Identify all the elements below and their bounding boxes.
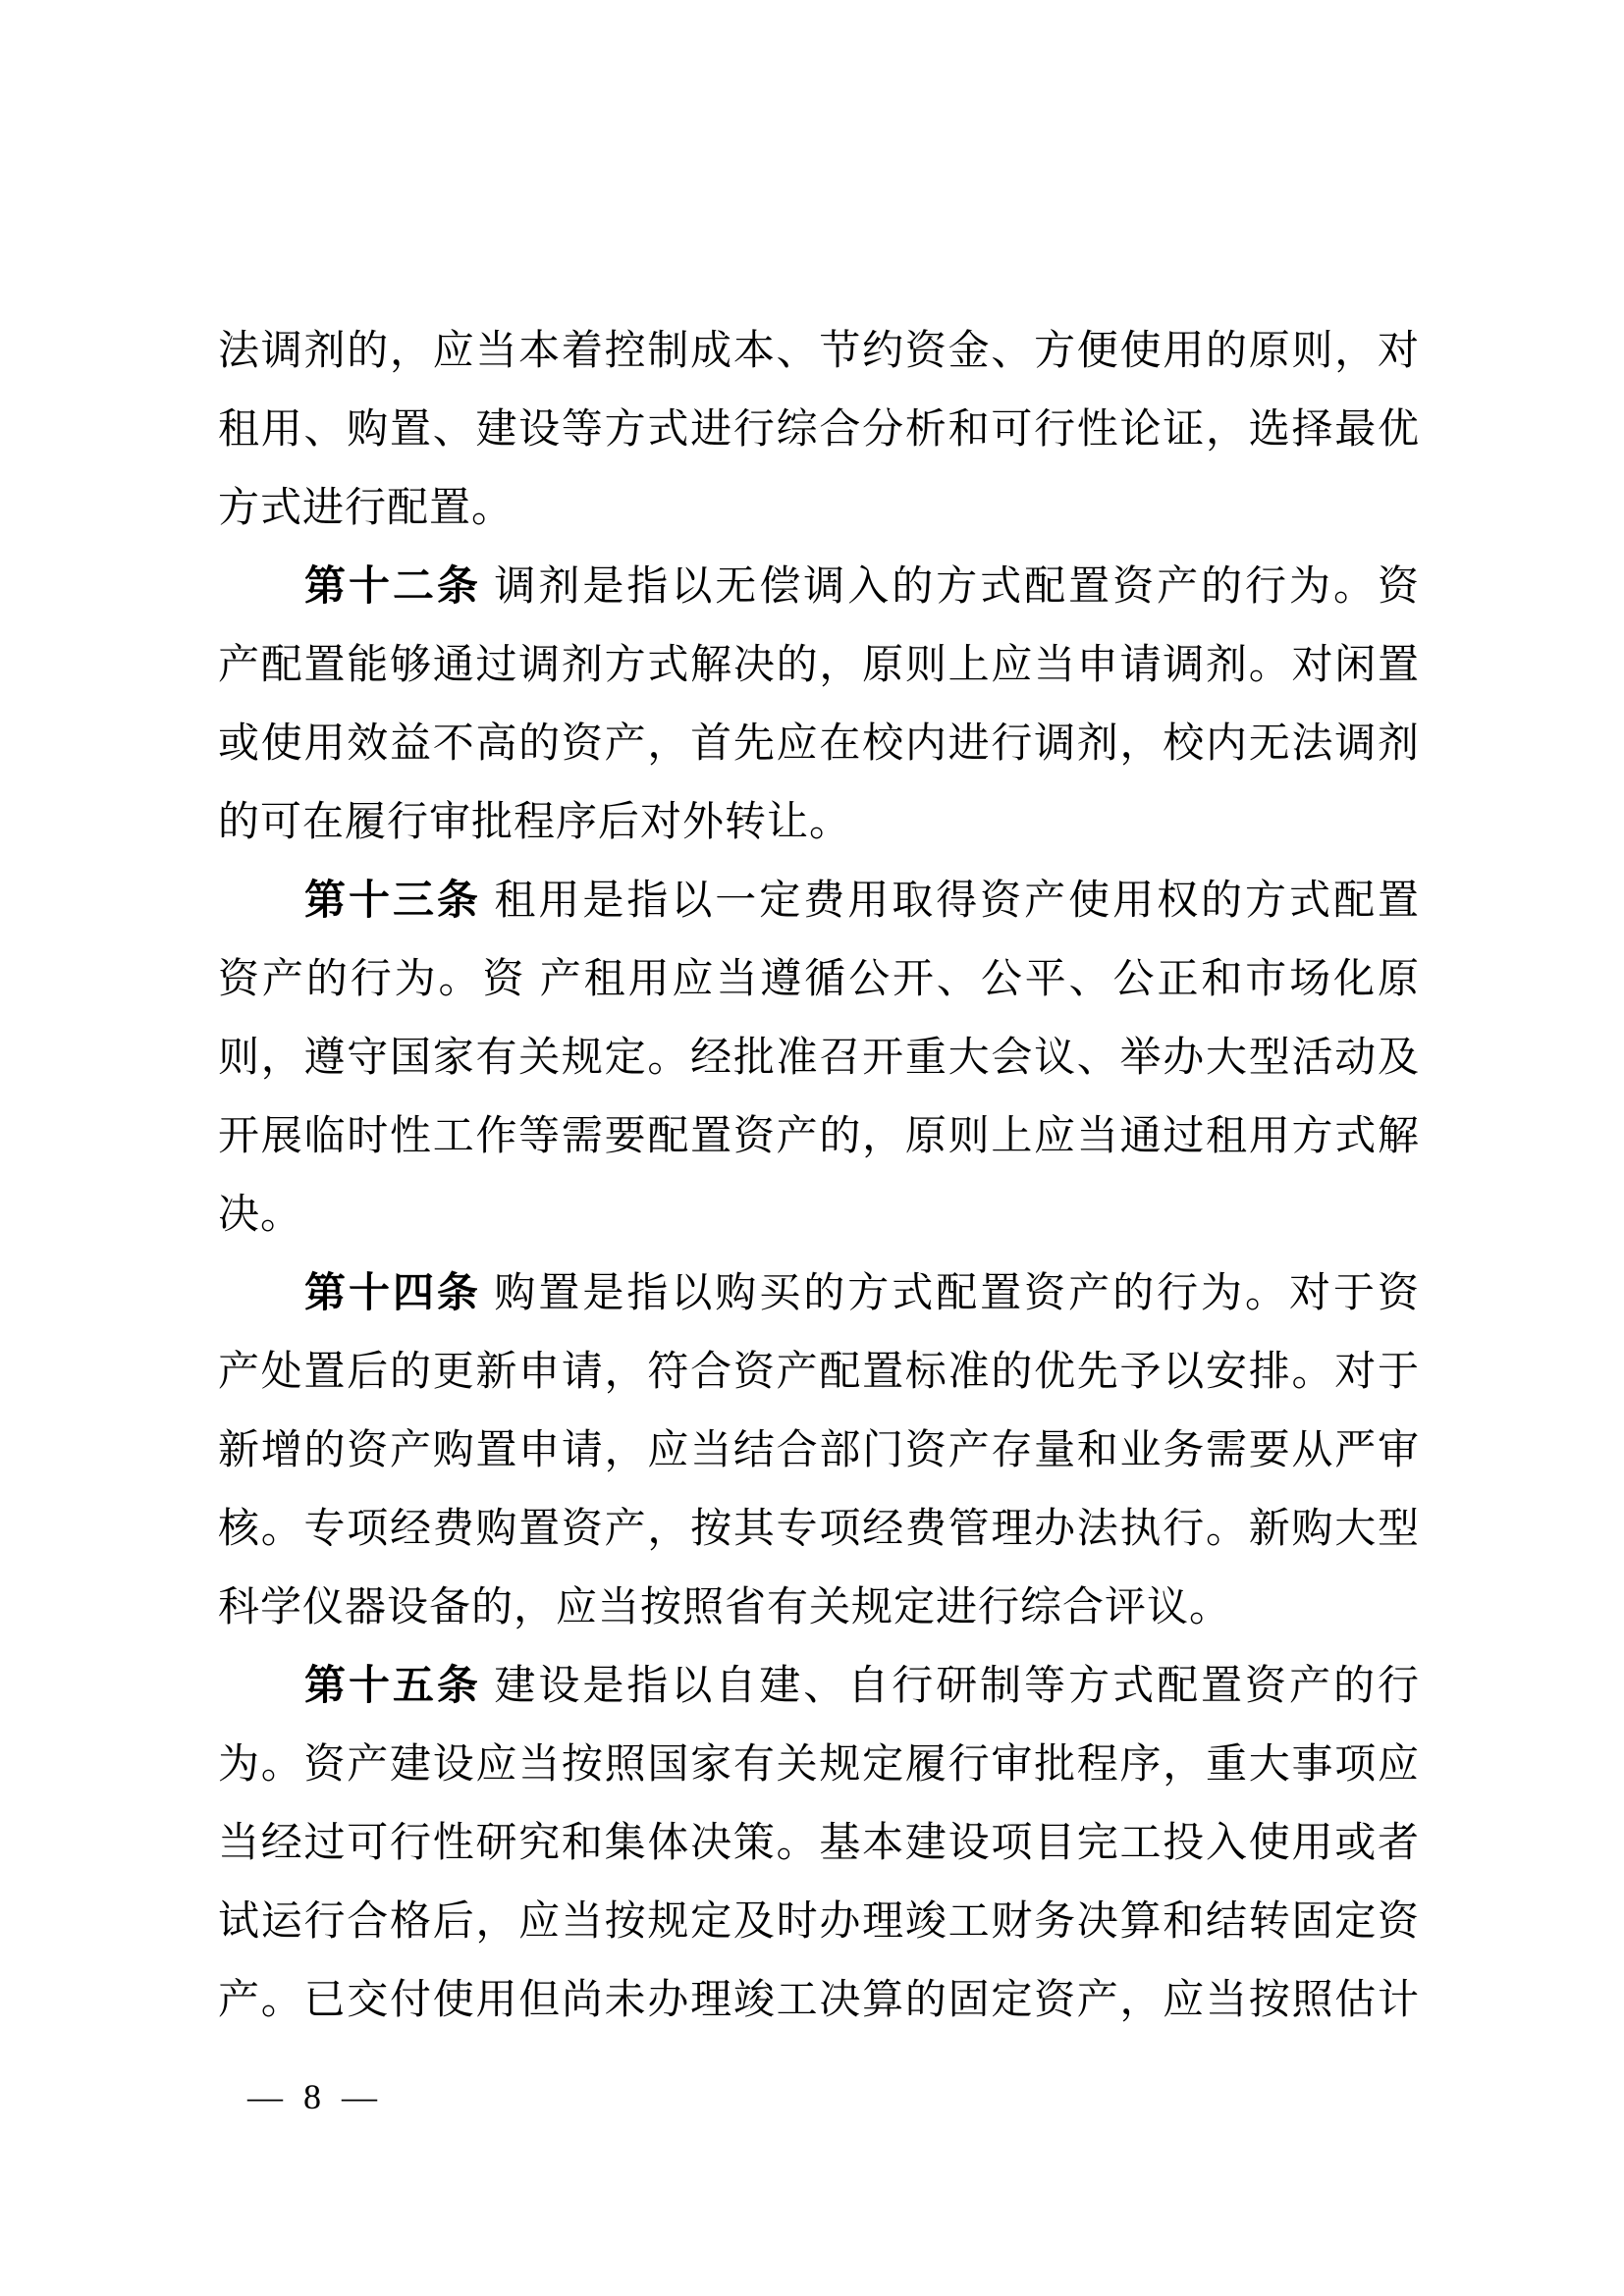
article-text: 调剂是指以无偿调入的方式配置资产的行为。资 xyxy=(481,564,1420,610)
page-number: — 8 — xyxy=(247,2073,383,2120)
document-body: 法调剂的，应当本着控制成本、节约资金、方便使用的原则，对租用、购置、建设等方式进… xyxy=(218,312,1420,2040)
article-heading-line: 第十四条 购置是指以购买的方式配置资产的行为。对于资 xyxy=(218,1255,1420,1333)
text-line: 租用、购置、建设等方式进行综合分析和可行性论证，选择最优 xyxy=(218,391,1420,469)
article-heading-line: 第十二条 调剂是指以无偿调入的方式配置资产的行为。资 xyxy=(218,548,1420,626)
text-line: 为。资产建设应当按照国家有关规定履行审批程序，重大事项应 xyxy=(218,1726,1420,1804)
text-line: 决。 xyxy=(218,1176,1420,1255)
text-line: 当经过可行性研究和集体决策。基本建设项目完工投入使用或者 xyxy=(218,1804,1420,1883)
article-heading-line: 第十五条 建设是指以自建、自行研制等方式配置资产的行 xyxy=(218,1647,1420,1726)
text-line: 或使用效益不高的资产，首先应在校内进行调剂，校内无法调剂 xyxy=(218,705,1420,783)
text-line: 科学仪器设备的，应当按照省有关规定进行综合评议。 xyxy=(218,1569,1420,1647)
text-line: 产处置后的更新申请，符合资产配置标准的优先予以安排。对于 xyxy=(218,1333,1420,1412)
article-heading-line: 第十三条 租用是指以一定费用取得资产使用权的方式配置 xyxy=(218,862,1420,940)
article-number: 第十二条 xyxy=(304,564,481,610)
article-number: 第十三条 xyxy=(304,879,481,924)
text-line: 资产的行为。资 产租用应当遵循公开、公平、公正和市场化原 xyxy=(218,940,1420,1019)
document-page: 法调剂的，应当本着控制成本、节约资金、方便使用的原则，对租用、购置、建设等方式进… xyxy=(0,0,1624,2296)
text-line: 产配置能够通过调剂方式解决的，原则上应当申请调剂。对闲置 xyxy=(218,626,1420,705)
article-text: 购置是指以购买的方式配置资产的行为。对于资 xyxy=(481,1271,1420,1316)
article-number: 第十四条 xyxy=(304,1271,481,1316)
text-line: 核。专项经费购置资产，按其专项经费管理办法执行。新购大型 xyxy=(218,1490,1420,1569)
text-line: 新增的资产购置申请，应当结合部门资产存量和业务需要从严审 xyxy=(218,1412,1420,1490)
text-line: 的可在履行审批程序后对外转让。 xyxy=(218,783,1420,862)
text-line: 产。已交付使用但尚未办理竣工决算的固定资产，应当按照估计 xyxy=(218,1961,1420,2040)
article-text: 租用是指以一定费用取得资产使用权的方式配置 xyxy=(481,879,1420,924)
article-text: 建设是指以自建、自行研制等方式配置资产的行 xyxy=(481,1664,1420,1709)
article-number: 第十五条 xyxy=(304,1664,481,1709)
text-line: 开展临时性工作等需要配置资产的，原则上应当通过租用方式解 xyxy=(218,1097,1420,1176)
text-line: 则，遵守国家有关规定。经批准召开重大会议、举办大型活动及 xyxy=(218,1019,1420,1097)
text-line: 试运行合格后，应当按规定及时办理竣工财务决算和结转固定资 xyxy=(218,1883,1420,1961)
text-line: 法调剂的，应当本着控制成本、节约资金、方便使用的原则，对 xyxy=(218,312,1420,391)
text-line: 方式进行配置。 xyxy=(218,469,1420,548)
